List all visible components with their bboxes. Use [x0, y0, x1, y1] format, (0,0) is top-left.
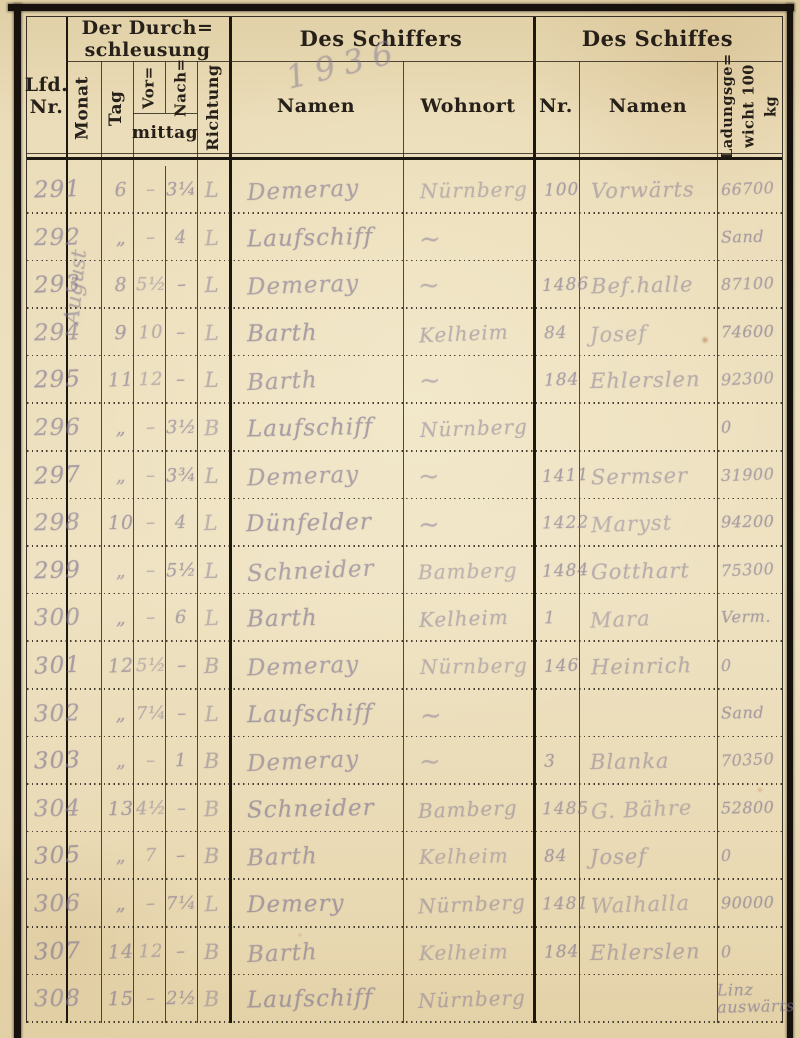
- cell-monat: [72, 594, 107, 643]
- cell-richtung: L: [196, 261, 227, 309]
- table-row: 302„7¼–LLaufschiff~Sand: [27, 690, 782, 738]
- cell-vormittag: 5½: [136, 642, 168, 690]
- cell-richtung: B: [196, 974, 228, 1023]
- cell-schiff-name: Ehlerslen: [587, 926, 721, 976]
- cell-tag: 6: [105, 165, 137, 214]
- cell-nachmittag: 3½: [166, 404, 198, 452]
- header-vormittag: Vor=: [133, 62, 165, 113]
- cell-nachmittag: –: [166, 308, 197, 356]
- cell-lfd-nr: 296: [27, 404, 74, 452]
- cell-vormittag: –: [135, 975, 167, 1024]
- cell-ladungsgewicht: 66700: [720, 165, 783, 215]
- cell-schiffer-name: Laufschiff: [226, 212, 411, 263]
- cell-richtung: L: [196, 451, 227, 499]
- cell-monat: [73, 737, 107, 785]
- cell-nachmittag: 4: [166, 213, 197, 261]
- frame-left: [14, 4, 21, 1038]
- header-tag: Tag: [101, 63, 133, 153]
- cell-schiff-nr: 1485: [540, 784, 589, 832]
- cell-lfd-nr: 305: [26, 831, 74, 881]
- table-row: 300„–6LBarthKelheim1MaraVerm.: [27, 594, 782, 642]
- table-row: 30815–2½BLaufschiffNürnbergLinz auswärts: [27, 975, 782, 1023]
- cell-schiff-nr: 84: [541, 831, 588, 881]
- cell-tag: 15: [105, 975, 136, 1023]
- cell-nachmittag: 2½: [165, 975, 197, 1023]
- cell-schiffer-name: Barth: [226, 924, 412, 980]
- table-row: 305„7–BBarthKelheim84Josef0: [27, 832, 782, 880]
- cell-schiffer-name: Demeray: [227, 639, 413, 693]
- cell-wohnort: Bamberg: [410, 782, 542, 834]
- cell-schiff-nr: 84: [541, 308, 587, 357]
- cell-schiffer-name: Barth: [227, 307, 412, 358]
- cell-ladungsgewicht: Sand: [720, 689, 782, 738]
- cell-schiff-name: Josef: [587, 306, 722, 358]
- cell-wohnort: ~: [411, 355, 543, 405]
- register-table: Lfd. Nr. Der Durch= schleusung Des Schif…: [26, 16, 783, 1023]
- cell-schiff-nr: 1481: [540, 879, 589, 928]
- cell-schiff-nr: 3: [541, 736, 588, 785]
- cell-nachmittag: 6: [166, 594, 197, 642]
- cell-wohnort: Bamberg: [410, 545, 541, 595]
- cell-schiff-name: Ehlerslen: [587, 355, 721, 405]
- cell-monat: [72, 689, 107, 738]
- cell-schiff-name: [587, 401, 722, 454]
- cell-ladungsgewicht: 52800: [720, 784, 782, 833]
- table-row: 301125½–BDemerayNürnberg146Heinrich0: [27, 642, 782, 690]
- cell-schiff-name: Sermser: [588, 450, 722, 500]
- cell-schiffer-name: Schneider: [226, 543, 411, 599]
- cell-schiff-nr: 146: [541, 641, 588, 691]
- cell-tag: 12: [105, 641, 137, 690]
- cell-schiffer-name: Laufschiff: [227, 688, 412, 739]
- cell-schiffer-name: Demery: [227, 878, 411, 929]
- cell-ladungsgewicht: Verm.: [720, 594, 782, 643]
- cell-vormittag: –: [135, 594, 167, 643]
- cell-tag: 14: [105, 927, 137, 976]
- cell-schiff-nr: 1484: [540, 546, 590, 595]
- header-lfd-nr: Lfd. Nr.: [27, 57, 66, 137]
- cell-monat: [73, 166, 107, 214]
- cell-wohnort: Nürnberg: [409, 877, 541, 930]
- cell-richtung: L: [196, 308, 228, 357]
- table-row: 3071412–BBarthKelheim184Ehlerslen0: [27, 928, 782, 976]
- cell-vormittag: 10: [135, 308, 167, 357]
- cell-wohnort: Nürnberg: [411, 641, 542, 691]
- cell-vormittag: –: [135, 879, 167, 928]
- table-body: 2916–3¼LDemerayNürnberg100Vorwärts667002…: [27, 166, 782, 1023]
- header-schiff-namen: Namen: [579, 61, 717, 153]
- cell-tag: 9: [106, 309, 137, 357]
- cell-ladungsgewicht: 90000: [721, 879, 783, 928]
- cell-schiff-name: Vorwärts: [587, 165, 721, 215]
- cell-ladungsgewicht: Linz auswärts: [716, 974, 782, 1023]
- cell-tag: 8: [105, 261, 137, 310]
- cell-nachmittag: –: [166, 927, 198, 976]
- cell-monat: [73, 356, 107, 404]
- cell-schiff-name: Mara: [586, 591, 721, 644]
- cell-richtung: L: [197, 166, 228, 214]
- header-bottom-heavy: [27, 157, 782, 160]
- cell-lfd-nr: 303: [26, 736, 74, 785]
- cell-ladungsgewicht: 0: [720, 403, 782, 452]
- cell-monat: [72, 784, 107, 833]
- header-group-durchschleusung: Der Durch= schleusung: [66, 19, 229, 61]
- cell-monat: [73, 451, 107, 499]
- cell-schiffer-name: Demeray: [226, 733, 412, 789]
- cell-monat: [72, 974, 107, 1023]
- cell-vormittag: 4½: [135, 784, 168, 833]
- header-richtung: Richtung: [197, 63, 229, 153]
- cell-tag: „: [105, 451, 137, 500]
- cell-schiffer-name: Demeray: [227, 162, 413, 218]
- cell-schiff-name: [586, 211, 721, 264]
- cell-schiffer-name: Barth: [226, 592, 411, 643]
- cell-tag: „: [106, 404, 137, 452]
- cell-schiffer-name: Dünfelder: [226, 498, 410, 549]
- cell-schiff-nr: [539, 975, 585, 1023]
- cell-schiff-name: [587, 687, 722, 739]
- cell-schiff-name: Josef: [587, 831, 721, 881]
- cell-richtung: B: [196, 832, 227, 880]
- cell-tag: „: [106, 594, 137, 642]
- cell-wohnort: Nürnberg: [411, 165, 543, 215]
- cell-richtung: L: [196, 594, 228, 643]
- cell-lfd-nr: 300: [27, 594, 74, 642]
- cell-lfd-nr: 297: [26, 451, 74, 501]
- cell-tag: „: [106, 213, 137, 261]
- cell-ladungsgewicht: Sand: [720, 213, 782, 262]
- cell-richtung: L: [196, 213, 228, 262]
- cell-richtung: B: [196, 737, 227, 785]
- table-row: 299„–5½LSchneiderBamberg1484Gotthart7530…: [27, 547, 782, 595]
- cell-nachmittag: 1: [166, 737, 198, 786]
- cell-ladungsgewicht: 74600: [720, 308, 782, 357]
- cell-nachmittag: –: [166, 261, 198, 310]
- cell-schiffer-name: Laufschiff: [226, 973, 410, 1024]
- cell-wohnort: Kelheim: [411, 831, 543, 881]
- cell-ladungsgewicht: 75300: [720, 545, 783, 595]
- cell-vormittag: –: [135, 213, 167, 262]
- cell-wohnort: Kelheim: [410, 306, 543, 359]
- cell-wohnort: ~: [409, 496, 541, 549]
- cell-tag: 10: [105, 499, 136, 547]
- cell-vormittag: 7: [136, 832, 167, 880]
- cell-schiff-name: Blanka: [587, 736, 721, 786]
- cell-monat: [73, 642, 107, 690]
- cell-nachmittag: –: [166, 784, 197, 832]
- cell-vormittag: 5½: [135, 261, 167, 309]
- table-row: 29385½–LDemeray~1486Bef.halle87100: [27, 261, 782, 309]
- cell-nachmittag: –: [165, 832, 197, 881]
- cell-wohnort: Kelheim: [410, 592, 542, 644]
- table-row: 292„–4LLaufschiff~Sand: [27, 214, 782, 262]
- cell-tag: „: [105, 736, 137, 785]
- cell-lfd-nr: 301: [26, 641, 74, 691]
- cell-schiffer-name: Demeray: [226, 258, 411, 312]
- cell-lfd-nr: 291: [26, 165, 74, 214]
- cell-nachmittag: 3¾: [165, 451, 198, 500]
- table-row: 294910–LBarthKelheim84Josef74600: [27, 309, 782, 357]
- cell-schiff-name: Walhalla: [588, 878, 722, 930]
- cell-schiff-name: Bef.halle: [588, 260, 722, 310]
- cell-lfd-nr: 302: [27, 689, 74, 738]
- cell-richtung: L: [196, 546, 227, 594]
- cell-monat: [72, 499, 107, 548]
- cell-richtung: L: [195, 499, 227, 548]
- cell-schiff-nr: 100: [541, 165, 588, 214]
- header-schiff-nr: Nr.: [533, 61, 579, 153]
- cell-nachmittag: –: [166, 641, 198, 690]
- frame-top: [8, 4, 794, 11]
- ledger-page: Lfd. Nr. Der Durch= schleusung Des Schif…: [0, 0, 800, 1038]
- header-monat: Monat: [66, 63, 101, 153]
- table-row: 297„–3¾LDemeray~1411Sermser31900: [27, 452, 782, 500]
- cell-schiff-nr: 1486: [539, 260, 589, 310]
- cell-nachmittag: –: [166, 356, 198, 405]
- cell-ladungsgewicht: 31900: [720, 451, 783, 501]
- cell-schiff-name: Gotthart: [588, 546, 721, 596]
- cell-vormittag: –: [135, 451, 166, 499]
- cell-vormittag: 12: [136, 927, 167, 975]
- cell-schiffer-name: Barth: [226, 352, 412, 408]
- cell-wohnort: ~: [411, 687, 544, 740]
- cell-richtung: B: [196, 927, 227, 975]
- header-nachmittag: Nach=: [165, 62, 197, 113]
- cell-richtung: L: [196, 879, 228, 928]
- header-mittag: mittag: [133, 114, 197, 153]
- cell-tag: 13: [105, 784, 136, 832]
- frame-right: [787, 4, 793, 1038]
- header-ladungsgewicht: Ladungsge= wicht 100 kg: [717, 59, 782, 154]
- cell-vormittag: –: [135, 546, 166, 594]
- cell-schiff-nr: 1: [542, 594, 588, 642]
- cell-ladungsgewicht: 0: [720, 831, 783, 881]
- cell-ladungsgewicht: 0: [720, 641, 783, 691]
- cell-ladungsgewicht: 0: [720, 926, 783, 976]
- cell-vormittag: 7¼: [135, 689, 168, 738]
- cell-richtung: L: [196, 356, 227, 404]
- cell-richtung: B: [196, 784, 228, 833]
- cell-schiff-name: G. Bähre: [587, 782, 722, 835]
- cell-vormittag: –: [136, 166, 167, 214]
- table-row: 303„–1BDemeray~3Blanka70350: [27, 737, 782, 785]
- cell-richtung: B: [196, 403, 228, 452]
- cell-nachmittag: 7¼: [165, 880, 197, 928]
- table-row: 2916–3¼LDemerayNürnberg100Vorwärts66700: [27, 166, 782, 214]
- cell-schiff-nr: 1422: [540, 499, 589, 548]
- cell-monat: [72, 403, 107, 452]
- cell-lfd-nr: 299: [26, 546, 74, 595]
- table-row: 2951112–LBarth~184Ehlerslen92300: [27, 356, 782, 404]
- cell-richtung: B: [197, 642, 228, 690]
- cell-ladungsgewicht: 87100: [720, 260, 783, 310]
- cell-ladungsgewicht: 92300: [720, 355, 783, 405]
- cell-schiffer-name: Demeray: [226, 448, 411, 502]
- cell-nachmittag: 4: [166, 499, 197, 547]
- cell-schiffer-name: Schneider: [226, 783, 410, 834]
- cell-tag: „: [105, 832, 137, 881]
- cell-schiffer-name: Laufschiff: [227, 402, 412, 453]
- table-row: 296„–3½BLaufschiffNürnberg0: [27, 404, 782, 452]
- cell-vormittag: –: [135, 499, 167, 548]
- cell-monat: [73, 927, 107, 975]
- cell-schiff-nr: [542, 404, 588, 452]
- cell-lfd-nr: 295: [26, 356, 74, 405]
- cell-nachmittag: 3¼: [166, 165, 199, 214]
- cell-nachmittag: 5½: [165, 546, 198, 595]
- table-row: 304134½–BSchneiderBamberg1485G. Bähre528…: [27, 785, 782, 833]
- cell-schiff-nr: [542, 213, 588, 261]
- cell-vormittag: –: [135, 403, 167, 452]
- cell-schiff-name: [584, 972, 718, 1025]
- cell-monat: [72, 308, 107, 357]
- cell-monat: [72, 213, 107, 262]
- cell-ladungsgewicht: 70350: [720, 736, 783, 786]
- cell-vormittag: –: [136, 737, 167, 785]
- cell-tag: „: [106, 689, 137, 737]
- cell-lfd-nr: 308: [27, 975, 74, 1023]
- cell-schiff-nr: 184: [541, 356, 588, 405]
- cell-tag: „: [105, 546, 137, 595]
- cell-wohnort: Kelheim: [411, 926, 543, 976]
- cell-monat: [72, 879, 107, 928]
- cell-nachmittag: –: [167, 689, 198, 737]
- cell-wohnort: Nürnberg: [409, 973, 540, 1025]
- cell-vormittag: 12: [136, 356, 167, 404]
- cell-wohnort: ~: [410, 260, 541, 310]
- cell-lfd-nr: 298: [27, 499, 74, 548]
- cell-lfd-nr: 293: [26, 260, 74, 310]
- cell-ladungsgewicht: 94200: [720, 499, 782, 548]
- cell-schiffer-name: Barth: [226, 829, 412, 883]
- cell-lfd-nr: 304: [27, 784, 74, 832]
- cell-monat: [73, 832, 107, 880]
- header-bottom-thin: [27, 153, 782, 154]
- table-row: 29810–4LDünfelder~1422Maryst94200: [27, 499, 782, 547]
- cell-schiff-nr: 184: [541, 927, 588, 976]
- cell-tag: 11: [105, 356, 137, 405]
- header-wohnort: Wohnort: [403, 61, 533, 153]
- cell-monat: [73, 546, 107, 594]
- cell-schiff-name: Maryst: [587, 497, 721, 549]
- cell-schiff-name: Heinrich: [587, 641, 721, 691]
- cell-wohnort: Nürnberg: [411, 402, 543, 454]
- cell-wohnort: ~: [410, 211, 542, 263]
- cell-lfd-nr: 292: [27, 213, 74, 261]
- cell-wohnort: ~: [410, 450, 541, 500]
- cell-richtung: L: [196, 689, 228, 738]
- cell-lfd-nr: 307: [26, 927, 74, 976]
- cell-tag: „: [105, 880, 136, 928]
- table-row: 306„–7¼LDemeryNürnberg1481Walhalla90000: [27, 880, 782, 928]
- cell-wohnort: ~: [411, 736, 543, 786]
- cell-monat: [73, 261, 107, 309]
- cell-lfd-nr: 294: [27, 308, 74, 357]
- cell-schiff-nr: 1411: [539, 451, 589, 501]
- cell-lfd-nr: 306: [27, 879, 74, 928]
- cell-schiff-nr: [542, 689, 588, 738]
